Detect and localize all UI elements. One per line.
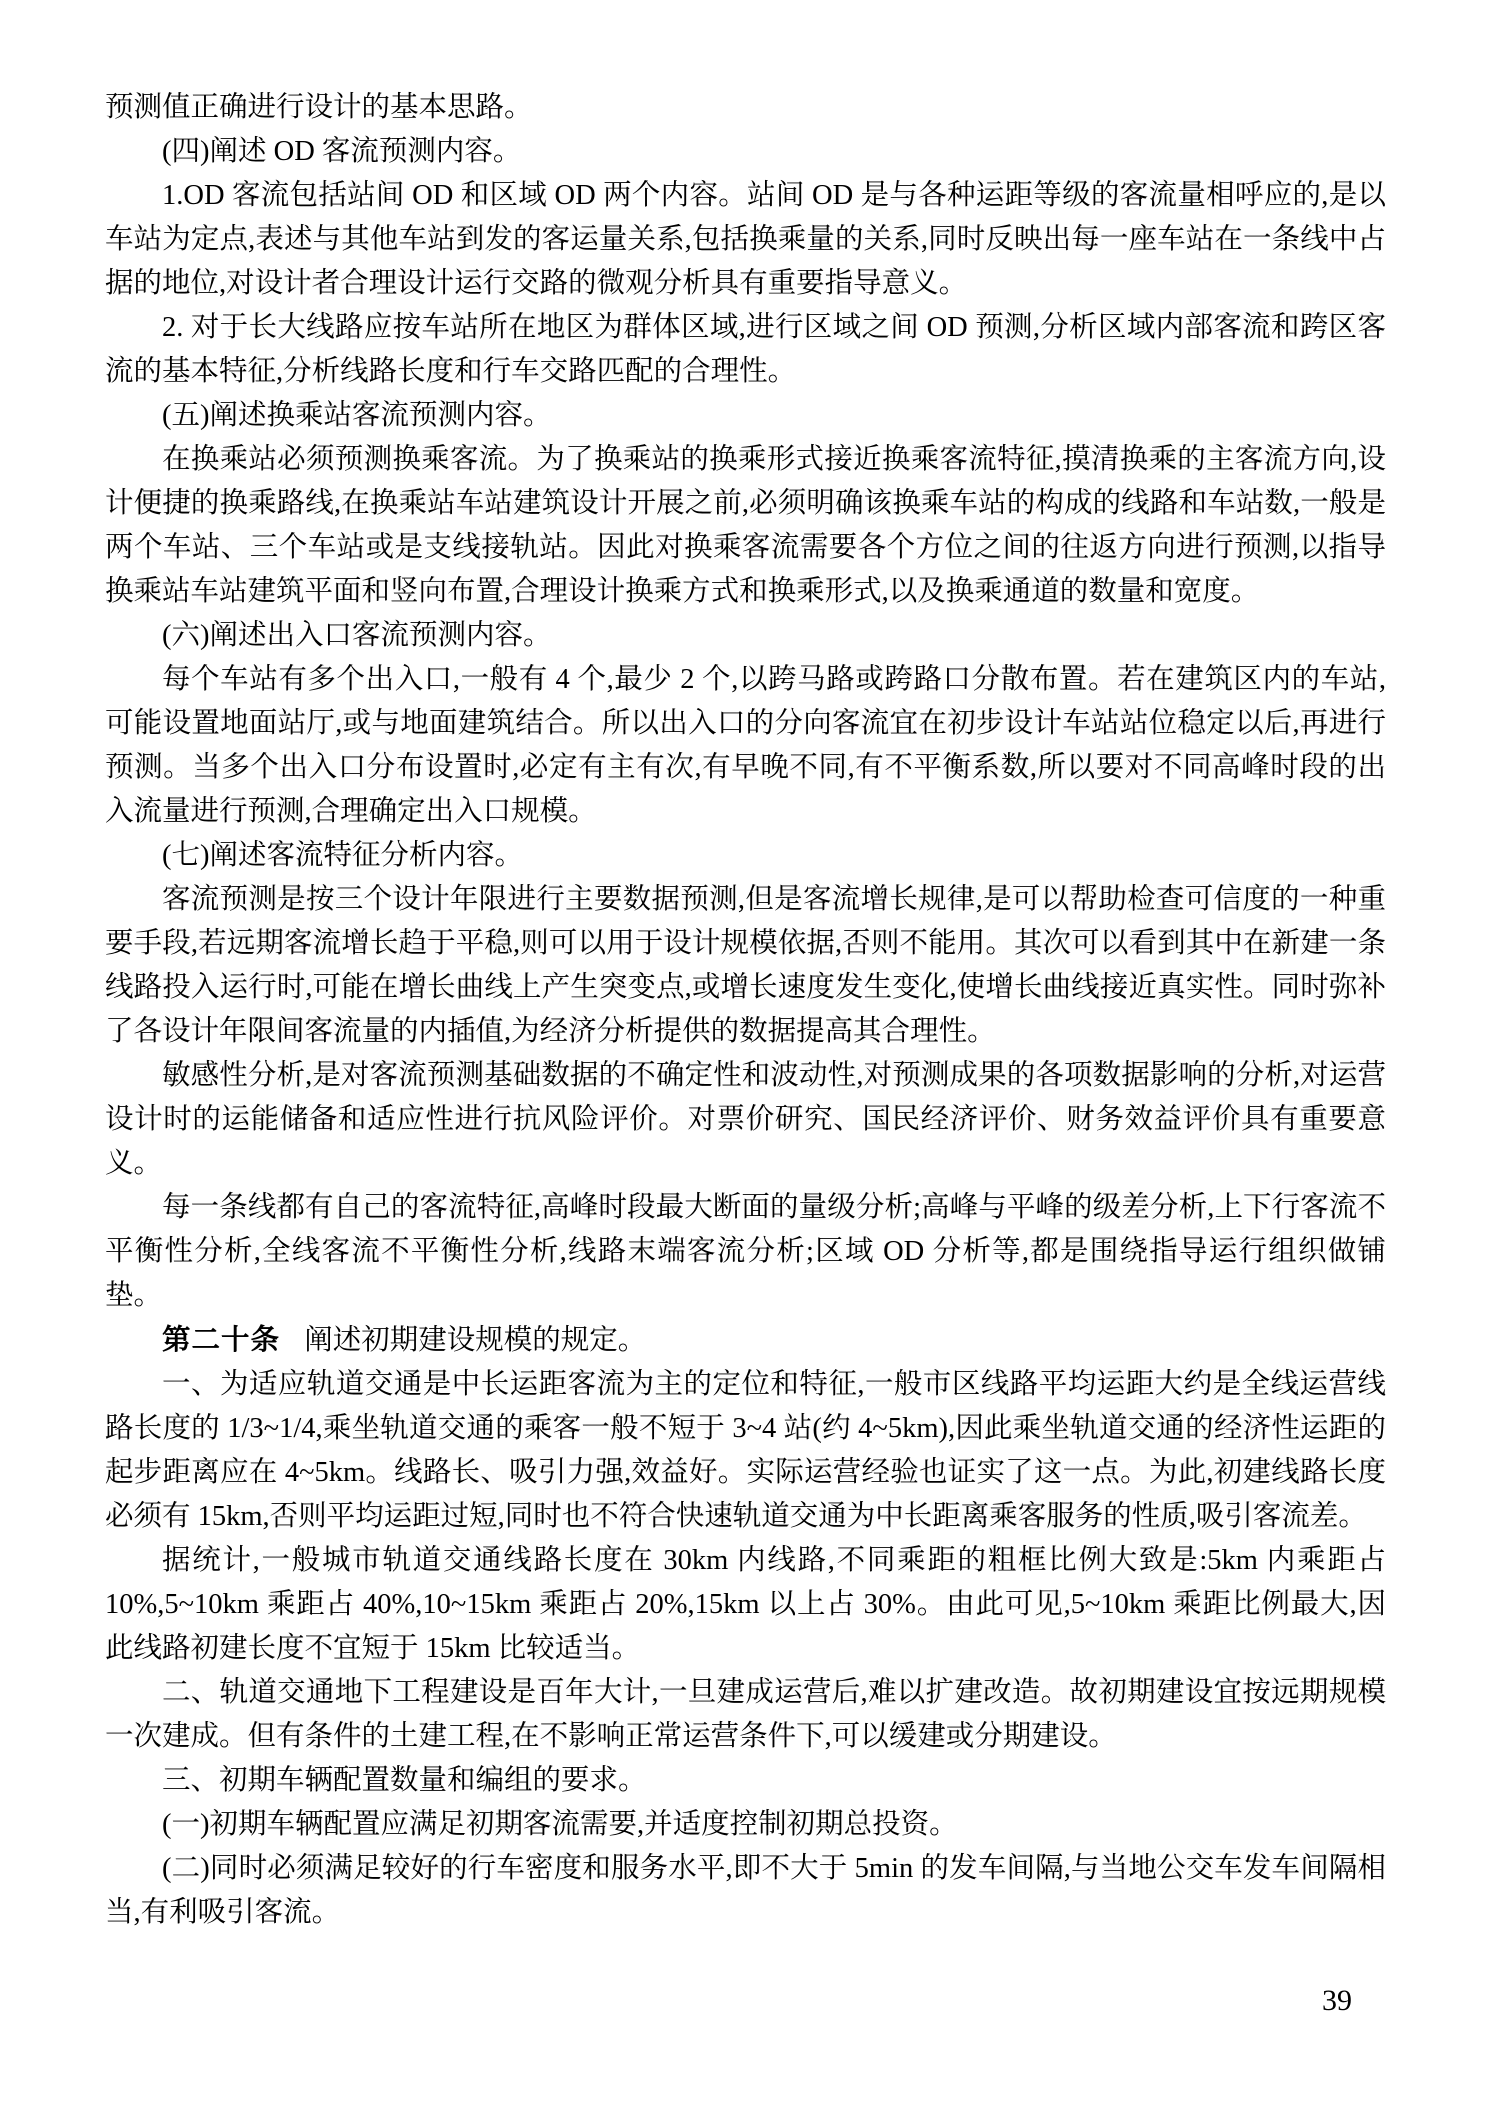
paragraph-text: 2. 对于长大线路应按车站所在地区为群体区域,进行区域之间 OD 预测,分析区域…	[105, 312, 1386, 387]
paragraph: 一、为适应轨道交通是中长运距客流为主的定位和特征,一般市区线路平均运距大约是全线…	[105, 1363, 1386, 1539]
paragraph-text: 一、为适应轨道交通是中长运距客流为主的定位和特征,一般市区线路平均运距大约是全线…	[105, 1369, 1386, 1532]
paragraph-text: (七)阐述客流特征分析内容。	[162, 840, 523, 871]
paragraph: 敏感性分析,是对客流预测基础数据的不确定性和波动性,对预测成果的各项数据影响的分…	[105, 1054, 1386, 1186]
paragraph: (二)同时必须满足较好的行车密度和服务水平,即不大于 5min 的发车间隔,与当…	[105, 1847, 1386, 1935]
document-body: 预测值正确进行设计的基本思路。(四)阐述 OD 客流预测内容。1.OD 客流包括…	[105, 86, 1386, 1935]
paragraph: 第二十条阐述初期建设规模的规定。	[105, 1318, 1386, 1363]
paragraph: (七)阐述客流特征分析内容。	[105, 834, 1386, 878]
article-number-label: 第二十条	[162, 1324, 304, 1356]
paragraph-text: 敏感性分析,是对客流预测基础数据的不确定性和波动性,对预测成果的各项数据影响的分…	[105, 1060, 1386, 1179]
paragraph-text: (四)阐述 OD 客流预测内容。	[162, 136, 521, 167]
paragraph-text: (五)阐述换乘站客流预测内容。	[162, 400, 551, 431]
paragraph-text: 据统计,一般城市轨道交通线路长度在 30km 内线路,不同乘距的粗框比例大致是:…	[105, 1545, 1386, 1664]
page-number: 39	[1322, 1985, 1352, 2017]
paragraph: 2. 对于长大线路应按车站所在地区为群体区域,进行区域之间 OD 预测,分析区域…	[105, 306, 1386, 394]
paragraph-text: 客流预测是按三个设计年限进行主要数据预测,但是客流增长规律,是可以帮助检查可信度…	[105, 884, 1386, 1047]
paragraph: (四)阐述 OD 客流预测内容。	[105, 130, 1386, 174]
paragraph-text: 每个车站有多个出入口,一般有 4 个,最少 2 个,以跨马路或跨路口分散布置。若…	[105, 664, 1386, 827]
paragraph-text: 1.OD 客流包括站间 OD 和区域 OD 两个内容。站间 OD 是与各种运距等…	[105, 180, 1386, 299]
paragraph-text: 每一条线都有自己的客流特征,高峰时段最大断面的量级分析;高峰与平峰的级差分析,上…	[105, 1192, 1386, 1311]
paragraph-text: (六)阐述出入口客流预测内容。	[162, 620, 551, 651]
paragraph-text: 预测值正确进行设计的基本思路。	[105, 92, 533, 123]
paragraph: (五)阐述换乘站客流预测内容。	[105, 394, 1386, 438]
paragraph: 1.OD 客流包括站间 OD 和区域 OD 两个内容。站间 OD 是与各种运距等…	[105, 174, 1386, 306]
paragraph-text: 三、初期车辆配置数量和编组的要求。	[162, 1765, 647, 1796]
paragraph: 在换乘站必须预测换乘客流。为了换乘站的换乘形式接近换乘客流特征,摸清换乘的主客流…	[105, 438, 1386, 614]
paragraph: 每一条线都有自己的客流特征,高峰时段最大断面的量级分析;高峰与平峰的级差分析,上…	[105, 1186, 1386, 1318]
paragraph-text: 阐述初期建设规模的规定。	[304, 1325, 646, 1356]
paragraph: (一)初期车辆配置应满足初期客流需要,并适度控制初期总投资。	[105, 1803, 1386, 1847]
paragraph: 二、轨道交通地下工程建设是百年大计,一旦建成运营后,难以扩建改造。故初期建设宜按…	[105, 1671, 1386, 1759]
paragraph-text: 在换乘站必须预测换乘客流。为了换乘站的换乘形式接近换乘客流特征,摸清换乘的主客流…	[105, 444, 1386, 607]
paragraph: 据统计,一般城市轨道交通线路长度在 30km 内线路,不同乘距的粗框比例大致是:…	[105, 1539, 1386, 1671]
document-page: 预测值正确进行设计的基本思路。(四)阐述 OD 客流预测内容。1.OD 客流包括…	[0, 0, 1493, 2121]
paragraph: 预测值正确进行设计的基本思路。	[105, 86, 1386, 130]
paragraph-text: 二、轨道交通地下工程建设是百年大计,一旦建成运营后,难以扩建改造。故初期建设宜按…	[105, 1677, 1386, 1752]
paragraph: (六)阐述出入口客流预测内容。	[105, 614, 1386, 658]
paragraph-text: (二)同时必须满足较好的行车密度和服务水平,即不大于 5min 的发车间隔,与当…	[105, 1853, 1386, 1928]
paragraph: 客流预测是按三个设计年限进行主要数据预测,但是客流增长规律,是可以帮助检查可信度…	[105, 878, 1386, 1054]
paragraph: 三、初期车辆配置数量和编组的要求。	[105, 1759, 1386, 1803]
paragraph-text: (一)初期车辆配置应满足初期客流需要,并适度控制初期总投资。	[162, 1809, 958, 1840]
paragraph: 每个车站有多个出入口,一般有 4 个,最少 2 个,以跨马路或跨路口分散布置。若…	[105, 658, 1386, 834]
